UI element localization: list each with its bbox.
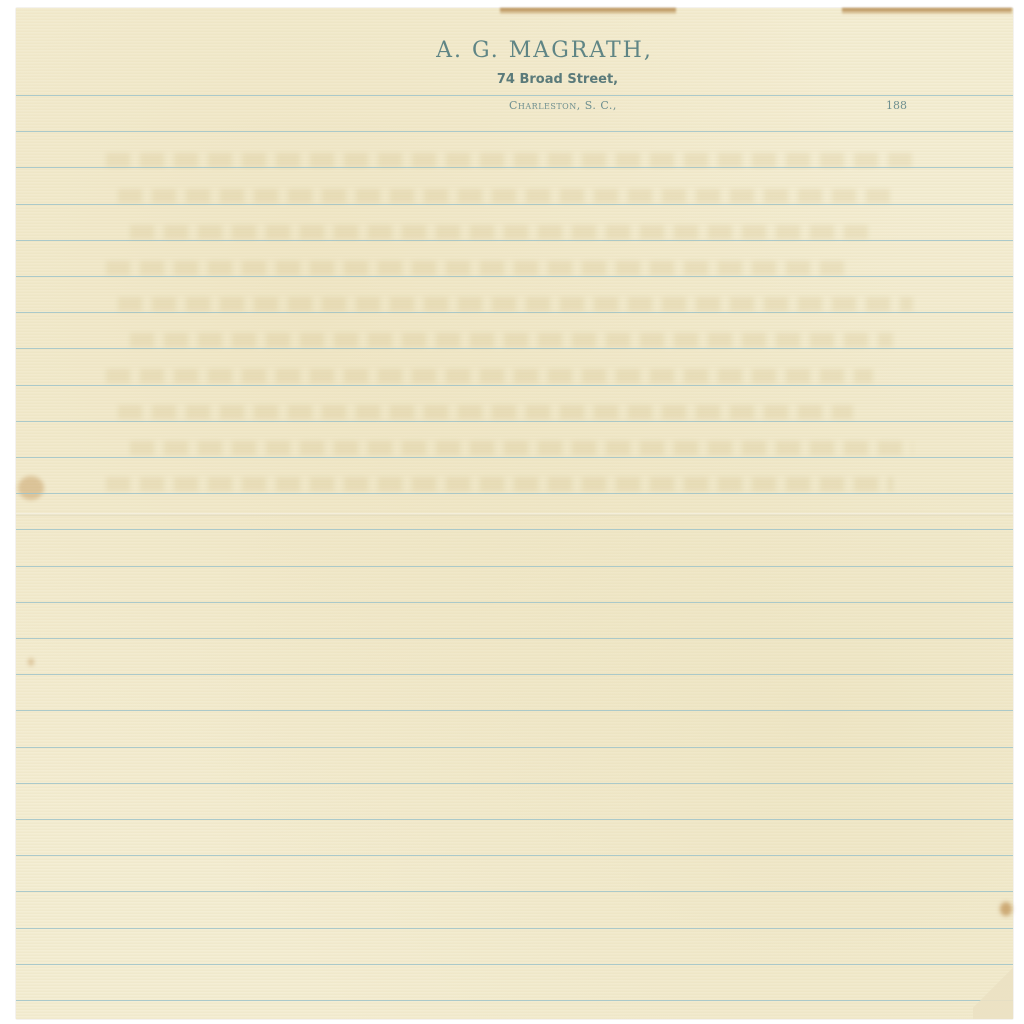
ruled-line: [16, 529, 1013, 530]
ruled-line: [16, 276, 1013, 277]
ruled-line: [16, 964, 1013, 965]
ruled-line: [16, 928, 1013, 929]
ruled-line: [16, 638, 1013, 639]
ruled-line: [16, 855, 1013, 856]
stain: [18, 476, 44, 500]
folded-corner: [973, 929, 1013, 1019]
ruled-line: [16, 131, 1013, 132]
ruled-line: [16, 747, 1013, 748]
ruled-line: [16, 602, 1013, 603]
ruled-line: [16, 348, 1013, 349]
fold-crease: [16, 513, 1013, 516]
edge-stain: [500, 8, 676, 14]
letterhead-date-year: 188: [886, 99, 907, 112]
ruled-line: [16, 95, 1013, 96]
letter-sheet: A. G. MAGRATH, 74 Broad Street, Charlest…: [16, 8, 1013, 1019]
ghost-line: [106, 369, 873, 383]
ghost-line: [118, 405, 853, 419]
ruled-line: [16, 493, 1013, 494]
letterhead-city: Charleston, S. C.,: [509, 99, 617, 112]
edge-stain: [842, 8, 1012, 14]
ghost-line: [130, 333, 893, 347]
ruled-line: [16, 421, 1013, 422]
letterhead-name: A. G. MAGRATH,: [16, 38, 1013, 63]
ruled-line: [16, 204, 1013, 205]
ruled-line: [16, 167, 1013, 168]
stain: [28, 658, 34, 666]
letterhead-address: 74 Broad Street,: [16, 72, 1013, 87]
ruled-line: [16, 783, 1013, 784]
ruled-line: [16, 819, 1013, 820]
ghost-line: [130, 441, 913, 455]
ghost-line: [118, 189, 893, 203]
ruled-line: [16, 1000, 1013, 1001]
ruled-line: [16, 710, 1013, 711]
ruled-line: [16, 457, 1013, 458]
ghost-line: [106, 153, 913, 167]
ghost-line: [130, 225, 873, 239]
ghost-line: [118, 297, 913, 311]
ghost-line: [106, 477, 893, 491]
ghost-line: [106, 261, 853, 275]
ruled-line: [16, 891, 1013, 892]
ruled-line: [16, 312, 1013, 313]
ruled-line: [16, 674, 1013, 675]
ruled-line: [16, 566, 1013, 567]
ruled-line: [16, 385, 1013, 386]
ruled-line: [16, 240, 1013, 241]
stain: [1000, 902, 1012, 916]
